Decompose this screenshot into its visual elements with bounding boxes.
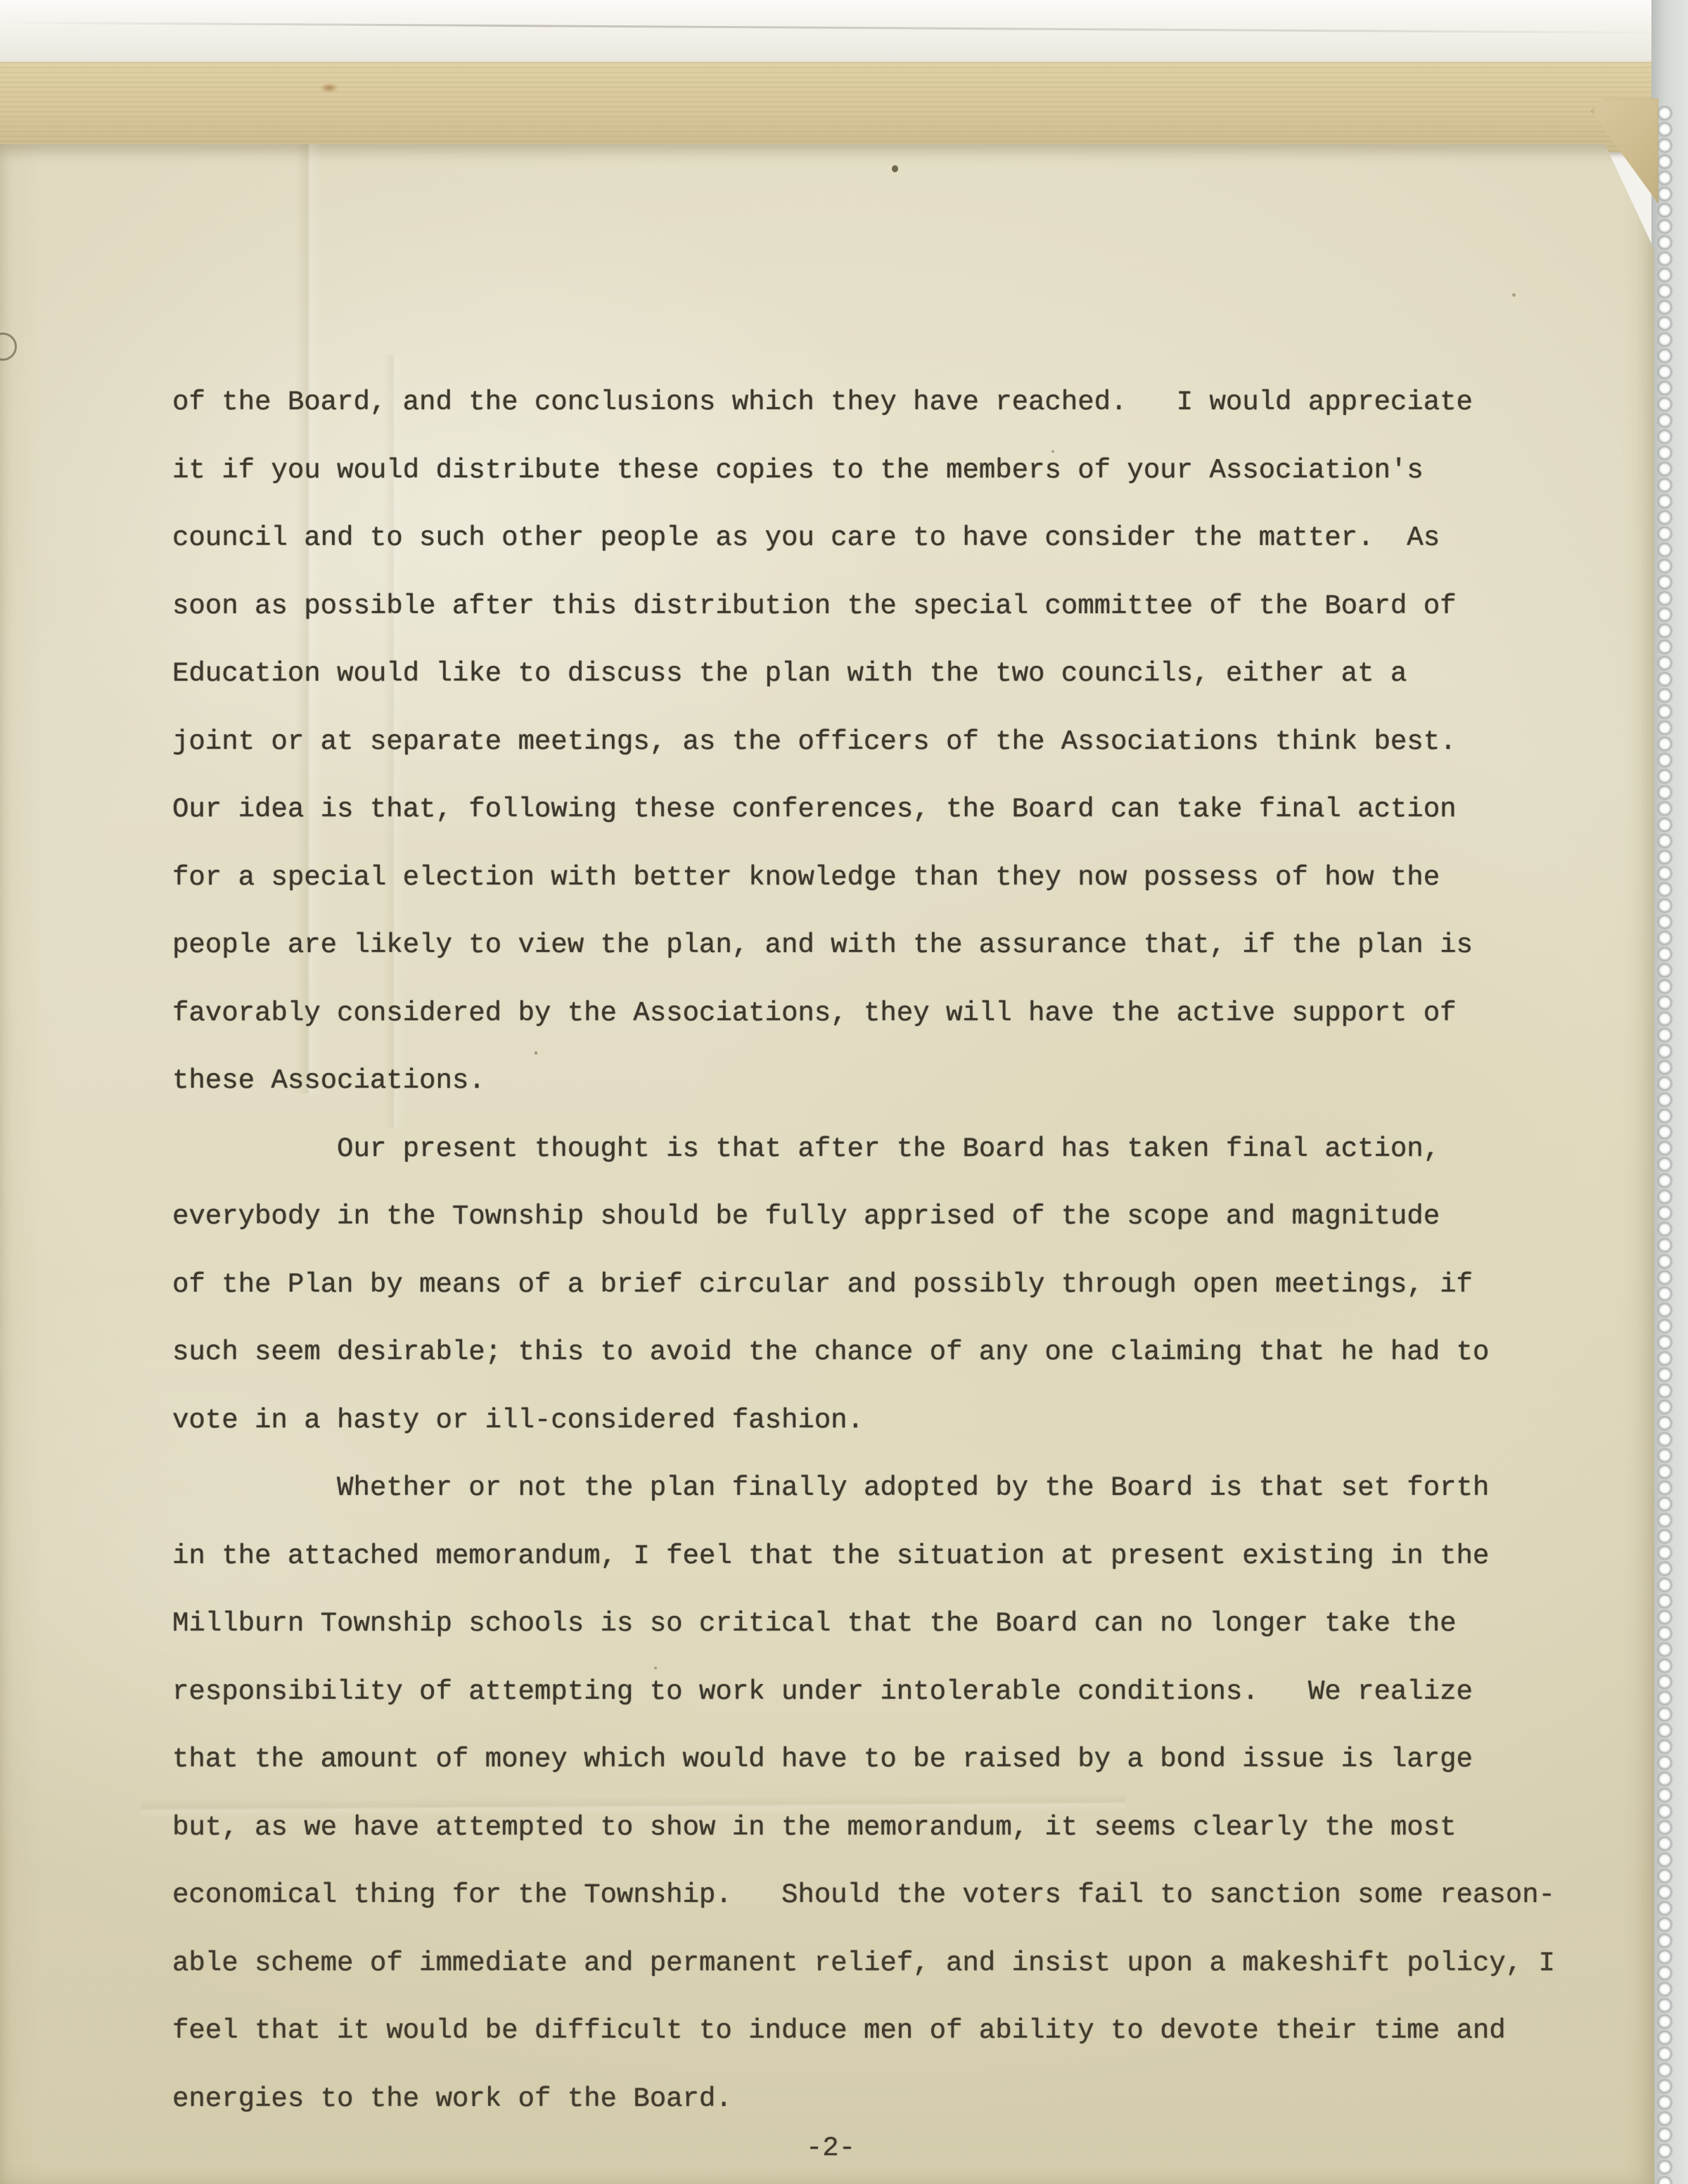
backing-board-edge bbox=[0, 62, 1688, 152]
typed-line: Our present thought is that after the Bo… bbox=[172, 1115, 1555, 1183]
typed-line: joint or at separate meetings, as the of… bbox=[172, 708, 1555, 776]
typed-line: favorably considered by the Associations… bbox=[172, 979, 1555, 1048]
typed-line: able scheme of immediate and permanent r… bbox=[172, 1929, 1555, 1998]
typed-line: in the attached memorandum, I feel that … bbox=[172, 1522, 1555, 1591]
plastic-sleeve-top-edge bbox=[0, 0, 1688, 65]
typed-line: vote in a hasty or ill-considered fashio… bbox=[172, 1387, 1555, 1455]
typed-line: of the Plan by means of a brief circular… bbox=[172, 1251, 1555, 1319]
letter-page: of the Board, and the conclusions which … bbox=[0, 144, 1654, 2184]
typed-line: energies to the work of the Board. bbox=[172, 2065, 1555, 2133]
typed-line: Millburn Township schools is so critical… bbox=[172, 1590, 1555, 1658]
scanned-document: of the Board, and the conclusions which … bbox=[0, 0, 1688, 2184]
typed-line: everybody in the Township should be full… bbox=[172, 1183, 1555, 1251]
typed-line: it if you would distribute these copies … bbox=[172, 437, 1555, 505]
typed-line: feel that it would be difficult to induc… bbox=[172, 1997, 1555, 2065]
typed-line: Education would like to discuss the plan… bbox=[172, 640, 1555, 708]
typed-line: council and to such other people as you … bbox=[172, 504, 1555, 572]
typed-text-block: of the Board, and the conclusions which … bbox=[172, 368, 1555, 2133]
ink-speck bbox=[1512, 293, 1516, 297]
plastic-sleeve-right-edge bbox=[1651, 0, 1688, 2184]
typed-line: but, as we have attempted to show in the… bbox=[172, 1794, 1555, 1862]
typed-line: responsibility of attempting to work und… bbox=[172, 1658, 1555, 1726]
page-number: -2- bbox=[172, 2133, 1489, 2164]
typed-line: that the amount of money which would hav… bbox=[172, 1726, 1555, 1794]
typed-line: people are likely to view the plan, and … bbox=[172, 911, 1555, 979]
typed-line: such seem desirable; this to avoid the c… bbox=[172, 1318, 1555, 1387]
sleeve-bead-texture bbox=[1656, 105, 1674, 2184]
typed-line: soon as possible after this distribution… bbox=[172, 572, 1555, 641]
typed-line: Whether or not the plan finally adopted … bbox=[172, 1454, 1555, 1522]
typed-line: Our idea is that, following these confer… bbox=[172, 776, 1555, 844]
typed-line: these Associations. bbox=[172, 1047, 1555, 1115]
stain-mark bbox=[320, 83, 338, 93]
typed-line: of the Board, and the conclusions which … bbox=[172, 368, 1555, 437]
typed-line: for a special election with better knowl… bbox=[172, 844, 1555, 912]
partial-stamp-mark bbox=[0, 333, 17, 361]
typed-line: economical thing for the Township. Shoul… bbox=[172, 1861, 1555, 1929]
ink-speck bbox=[892, 165, 898, 172]
